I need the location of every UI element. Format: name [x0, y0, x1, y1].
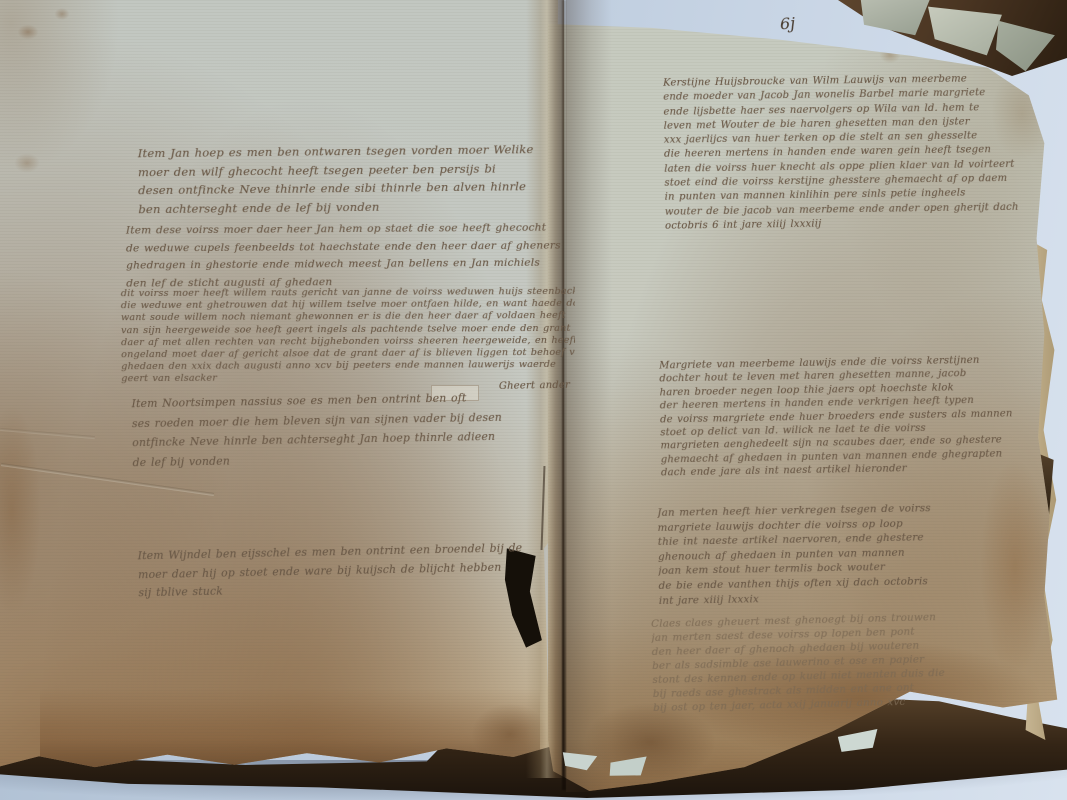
stain-spot	[10, 150, 44, 176]
stain-spot	[52, 6, 72, 22]
stain-spot	[876, 44, 904, 66]
left-paragraph-5: Item Wijndel ben eijsschel es men ben on…	[137, 539, 550, 603]
left-paragraph-4: Item Noortsimpen nassius soe es men ben …	[131, 388, 504, 472]
stain-spot	[14, 22, 42, 42]
left-paragraph-3: dit voirss moer heeft willem rauts geric…	[121, 286, 576, 386]
right-paragraph-1: Kerstijne Huijsbroucke van Wilm Lauwijs …	[663, 71, 1057, 234]
left-paragraph-2: Item dese voirss moer daer heer Jan hem …	[126, 219, 574, 292]
manuscript-text-line: ghedragen in ghestorie ende midwech mees…	[126, 254, 574, 275]
folio-number: 6j	[779, 13, 795, 33]
photo-scene: 6j Item Jan hoep es men ben ontwaren tse…	[0, 0, 1067, 800]
gutter-shadow	[566, 0, 612, 792]
right-paragraph-2: Margriete van meerbeme lauwijs ende die …	[659, 353, 1057, 481]
right-paragraph-4: Claes claes gheuert mest ghenoegt bij on…	[651, 607, 1067, 715]
left-paragraph-1: Item Jan hoep es men ben ontwaren tsegen…	[138, 140, 569, 218]
stain-left-edge	[0, 380, 48, 640]
right-paragraph-3: Jan merten heeft hier verkregen tsegen d…	[657, 500, 999, 608]
